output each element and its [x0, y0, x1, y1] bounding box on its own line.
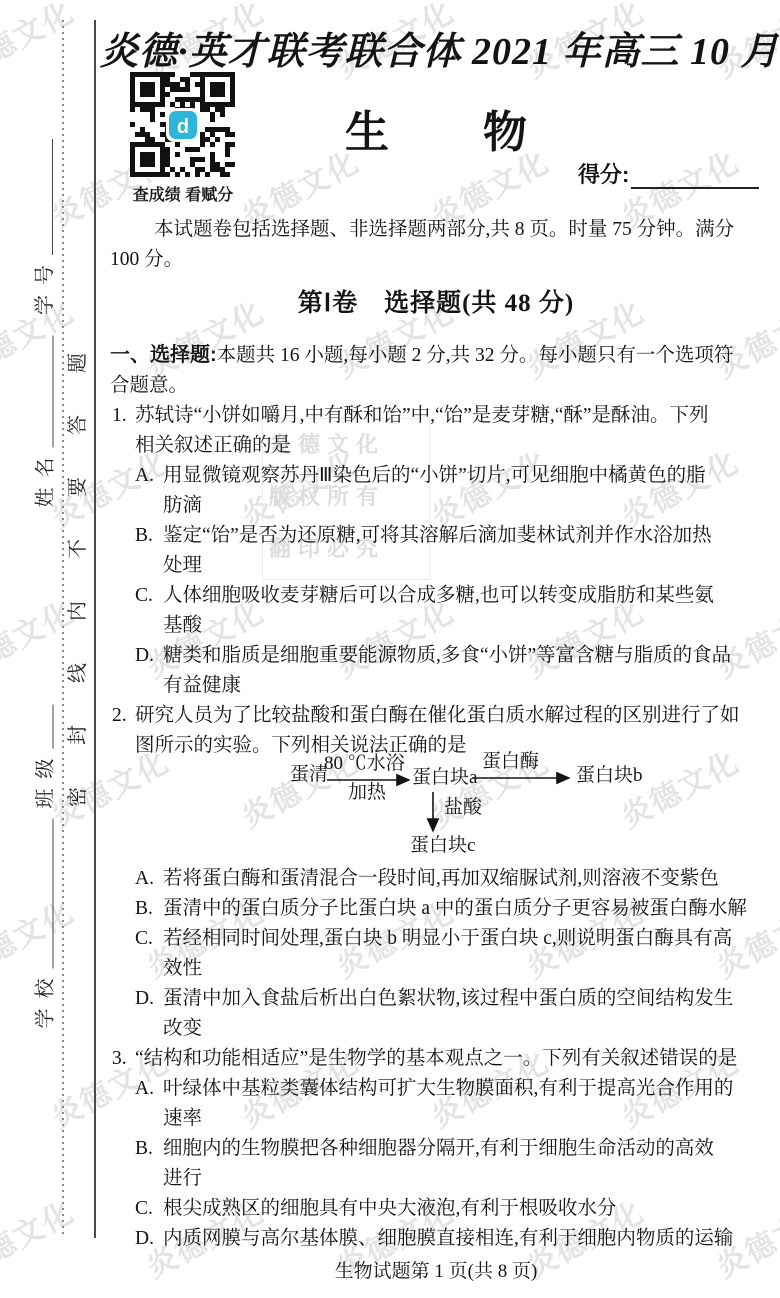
stem-text: “结构和功能相适应”是生物学的基本观点之一。下列有关叙述错误的是	[135, 1048, 737, 1069]
field-班级: 班级	[34, 706, 56, 809]
question-2-option-C: C.若经相同时间处理,蛋白块 b 明显小于蛋白块 c,则说明蛋白酶具有高	[110, 924, 762, 954]
score-blank-line	[631, 167, 759, 189]
option-label: D.	[135, 641, 154, 671]
option-text: 肪滴	[163, 495, 202, 516]
option-label: D.	[135, 1224, 154, 1254]
option-label: C.	[135, 1194, 153, 1224]
field-blank-line	[52, 705, 53, 749]
diagram-node-block-a: 蛋白块a	[412, 768, 477, 788]
option-text: 人体细胞吸收麦芽糖后可以合成多糖,也可以转变成脂肪和某些氨	[163, 585, 714, 606]
question-1-option-A: 肪滴	[110, 491, 762, 521]
seal-solid-line	[94, 20, 96, 1238]
diagram-node-egg-white: 蛋清	[290, 765, 328, 785]
question-1-option-B: B.鉴定“饴”是否为还原糖,可将其溶解后滴加斐林试剂并作水浴加热	[110, 521, 762, 551]
instruction-line: 一、选择题:本题共 16 小题,每小题 2 分,共 32 分。每小题只有一个选项…	[110, 340, 762, 371]
option-text: 若经相同时间处理,蛋白块 b 明显小于蛋白块 c,则说明蛋白酶具有高	[163, 928, 732, 949]
question-2-stem: 2.研究人员为了比较盐酸和蛋白酶在催化蛋白质水解过程的区别进行了如图所示的实验。…	[110, 701, 762, 761]
option-label: C.	[135, 924, 153, 954]
watermark-tile: 炎德文化	[0, 0, 81, 86]
choice-instruction: 一、选择题:本题共 16 小题,每小题 2 分,共 32 分。每小题只有一个选项…	[110, 340, 762, 401]
question-2-stem-line: 2.研究人员为了比较盐酸和蛋白酶在催化蛋白质水解过程的区别进行了如	[110, 701, 762, 731]
subject-title: 生物	[110, 96, 762, 160]
seal-char: 题	[67, 352, 89, 374]
question-1-option-D: 有益健康	[110, 671, 762, 701]
question-1-option-D: D.糖类和脂质是细胞重要能源物质,多食“小饼”等富含糖与脂质的食品	[110, 641, 762, 671]
instruction-prefix: 一、选择题:	[110, 344, 217, 366]
qr-caption: 查成绩 看赋分	[130, 182, 236, 205]
diagram-label-acid: 盐酸	[444, 798, 482, 818]
option-text: 效性	[163, 958, 202, 979]
option-text: 细胞内的生物膜把各种细胞器分隔开,有利于细胞生命活动的高效	[163, 1138, 714, 1159]
option-label: B.	[135, 521, 153, 551]
question-2-option-D: 改变	[110, 1014, 762, 1044]
option-text: 速率	[163, 1108, 202, 1129]
option-label: D.	[135, 984, 154, 1014]
question-3-option-D: D.内质网膜与高尔基体膜、细胞膜直接相连,有利于细胞内物质的运输	[110, 1224, 762, 1254]
question-1-option-B: 处理	[110, 551, 762, 581]
stem-text: 研究人员为了比较盐酸和蛋白酶在催化蛋白质水解过程的区别进行了如	[135, 705, 740, 726]
question-3: 3.“结构和功能相适应”是生物学的基本观点之一。下列有关叙述错误的是A.叶绿体中…	[110, 1044, 762, 1254]
field-学号: 学号	[34, 135, 56, 315]
score-field: 得分:	[578, 158, 759, 189]
option-text: 糖类和脂质是细胞重要能源物质,多食“小饼”等富含糖与脂质的食品	[163, 645, 731, 666]
field-学校: 学校	[34, 824, 56, 1029]
question-number: 3.	[112, 1044, 127, 1074]
diagram-label-protease: 蛋白酶	[482, 752, 539, 772]
seal-char: 答	[67, 414, 89, 436]
field-label: 姓名	[34, 448, 56, 508]
exam-paper-page: 炎德文化炎德文化炎德文化炎德文化炎德文化炎德文化炎德文化炎德文化炎德文化炎德文化…	[0, 0, 780, 1298]
section-1-title: 第Ⅰ卷 选择题(共 48 分)	[110, 288, 762, 320]
question-1-stem-line: 1.苏轼诗“小饼如嚼月,中有酥和饴”中,“饴”是麦芽糖,“酥”是酥油。下列	[110, 401, 762, 431]
field-blank-line	[52, 819, 53, 969]
option-text: 内质网膜与高尔基体膜、细胞膜直接相连,有利于细胞内物质的运输	[163, 1228, 733, 1249]
stem-text: 苏轼诗“小饼如嚼月,中有酥和饴”中,“饴”是麦芽糖,“酥”是酥油。下列	[135, 405, 709, 426]
question-3-option-B: 进行	[110, 1164, 762, 1194]
diagram-node-block-b: 蛋白块b	[576, 766, 643, 786]
option-text: 蛋清中加入食盐后析出白色絮状物,该过程中蛋白质的空间结构发生	[163, 988, 733, 1009]
option-text: 鉴定“饴”是否为还原糖,可将其溶解后滴加斐林试剂并作水浴加热	[163, 525, 712, 546]
option-label: B.	[135, 1134, 153, 1164]
option-label: C.	[135, 581, 153, 611]
seal-char: 要	[67, 476, 89, 498]
main-content: 本试题卷包括选择题、非选择题两部分,共 8 页。时量 75 分钟。满分 100 …	[110, 215, 762, 1254]
intro-paragraph: 本试题卷包括选择题、非选择题两部分,共 8 页。时量 75 分钟。满分 100 …	[110, 215, 762, 275]
question-1-option-C: 基酸	[110, 611, 762, 641]
field-姓名: 姓名	[34, 333, 56, 508]
question-1-stem-line: 相关叙述正确的是	[110, 431, 762, 461]
questions-block: 1.苏轼诗“小饼如嚼月,中有酥和饴”中,“饴”是麦芽糖,“酥”是酥油。下列相关叙…	[110, 401, 762, 1254]
field-label: 班级	[34, 749, 56, 809]
question-1-option-C: C.人体细胞吸收麦芽糖后可以合成多糖,也可以转变成脂肪和某些氨	[110, 581, 762, 611]
seal-char: 不	[67, 538, 89, 560]
seal-dotted-line	[62, 20, 64, 1238]
q2-experiment-diagram: 蛋清 80 ℃水浴 加热 蛋白块a 蛋白酶 蛋白块b 盐酸 蛋白块c	[110, 756, 762, 864]
exam-title: 炎德·英才联考联合体 2021 年高三 10 月联考	[100, 20, 770, 75]
question-3-stem-line: 3.“结构和功能相适应”是生物学的基本观点之一。下列有关叙述错误的是	[110, 1044, 762, 1074]
option-text: 若将蛋白酶和蛋清混合一段时间,再加双缩脲试剂,则溶液不变紫色	[163, 868, 719, 889]
seal-char: 线	[67, 662, 89, 684]
option-label: A.	[135, 461, 154, 491]
option-text: 用显微镜观察苏丹Ⅲ染色后的“小饼”切片,可见细胞中橘黄色的脂	[163, 465, 706, 486]
question-3-option-B: B.细胞内的生物膜把各种细胞器分隔开,有利于细胞生命活动的高效	[110, 1134, 762, 1164]
question-2-option-C: 效性	[110, 954, 762, 984]
instruction-text: 本题共 16 小题,每小题 2 分,共 32 分。每小题只有一个选项符	[217, 345, 734, 366]
instruction-line: 合题意。	[110, 371, 762, 401]
question-3-option-A: A.叶绿体中基粒类囊体结构可扩大生物膜面积,有利于提高光合作用的	[110, 1074, 762, 1104]
option-label: A.	[135, 1074, 154, 1104]
option-text: 改变	[163, 1018, 202, 1039]
question-3-option-A: 速率	[110, 1104, 762, 1134]
option-text: 蛋清中的蛋白质分子比蛋白块 a 中的蛋白质分子更容易被蛋白酶水解	[163, 898, 747, 919]
score-label: 得分:	[578, 162, 629, 187]
diagram-node-block-c: 蛋白块c	[410, 836, 475, 856]
diagram-label-heating: 加热	[348, 783, 386, 803]
option-text: 根尖成熟区的细胞具有中央大液泡,有利于根吸收水分	[163, 1198, 616, 1219]
field-blank-line	[52, 139, 53, 255]
seal-char: 封	[67, 724, 89, 746]
option-label: B.	[135, 894, 153, 924]
option-label: A.	[135, 864, 154, 894]
option-text: 基酸	[163, 615, 202, 636]
question-number: 1.	[112, 401, 127, 431]
watermark-tile: 炎德文化	[0, 1188, 81, 1287]
stem-text: 相关叙述正确的是	[135, 435, 291, 456]
stem-text: 图所示的实验。下列相关说法正确的是	[135, 735, 467, 756]
field-label: 学校	[34, 969, 56, 1029]
option-text: 叶绿体中基粒类囊体结构可扩大生物膜面积,有利于提高光合作用的	[163, 1078, 733, 1099]
field-label: 学号	[34, 255, 56, 315]
intro-line: 100 分。	[110, 245, 762, 275]
question-number: 2.	[112, 701, 127, 731]
question-1-option-A: A.用显微镜观察苏丹Ⅲ染色后的“小饼”切片,可见细胞中橘黄色的脂	[110, 461, 762, 491]
diagram-label-water-bath: 80 ℃水浴	[324, 754, 405, 774]
seal-char: 内	[67, 600, 89, 622]
intro-line: 本试题卷包括选择题、非选择题两部分,共 8 页。时量 75 分钟。满分	[110, 215, 762, 245]
option-text: 处理	[163, 555, 202, 576]
question-1: 1.苏轼诗“小饼如嚼月,中有酥和饴”中,“饴”是麦芽糖,“酥”是酥油。下列相关叙…	[110, 401, 762, 701]
question-2-options: A.若将蛋白酶和蛋清混合一段时间,再加双缩脲试剂,则溶液不变紫色B.蛋清中的蛋白…	[110, 864, 762, 1044]
option-text: 有益健康	[163, 675, 241, 696]
question-2-option-D: D.蛋清中加入食盐后析出白色絮状物,该过程中蛋白质的空间结构发生	[110, 984, 762, 1014]
question-3-option-C: C.根尖成熟区的细胞具有中央大液泡,有利于根吸收水分	[110, 1194, 762, 1224]
question-2-option-B: B.蛋清中的蛋白质分子比蛋白块 a 中的蛋白质分子更容易被蛋白酶水解	[110, 894, 762, 924]
field-blank-line	[52, 336, 53, 448]
option-text: 进行	[163, 1168, 202, 1189]
seal-char: 密	[67, 786, 89, 808]
question-2-option-A: A.若将蛋白酶和蛋清混合一段时间,再加双缩脲试剂,则溶液不变紫色	[110, 864, 762, 894]
page-footer: 生物试题第 1 页(共 8 页)	[110, 1256, 762, 1283]
